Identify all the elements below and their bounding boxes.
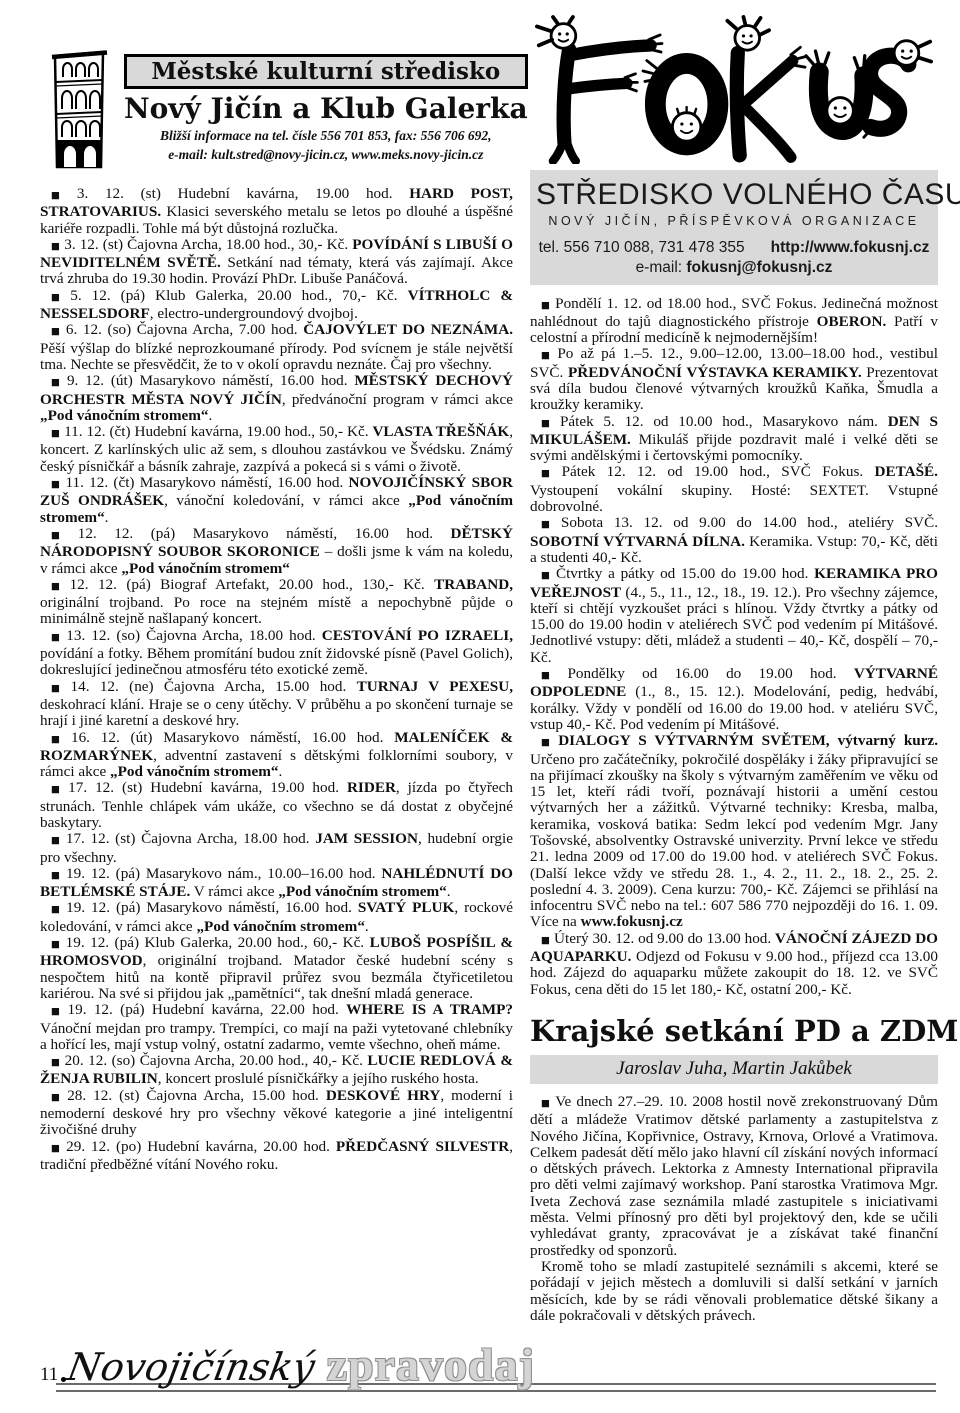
mks-event-item: ■9. 12. (út) Masarykovo náměstí, 16.00 h… <box>40 373 513 424</box>
bullet-square-icon: ■ <box>51 870 62 881</box>
newspaper-page: Městské kulturní středisko Nový Jičín a … <box>0 0 960 1413</box>
bullet-square-icon: ■ <box>541 418 556 429</box>
bullet-square-icon: ■ <box>51 904 62 915</box>
bullet-square-icon: ■ <box>51 326 62 337</box>
footer-brand-script: Novojičínský <box>65 1348 318 1386</box>
svc-event-item: ■Sobota 13. 12. od 9.00 do 14.00 hod., a… <box>530 515 938 566</box>
left-column: Městské kulturní středisko Nový Jičín a … <box>40 48 513 1173</box>
page-number: 11 <box>40 1364 58 1386</box>
bullet-square-icon: ■ <box>51 1092 63 1103</box>
bullet-square-icon: ■ <box>51 1006 64 1017</box>
article-byline: Jaroslav Juha, Martin Jakůbek <box>530 1055 938 1084</box>
bullet-square-icon: ■ <box>51 581 66 592</box>
tower-logo-icon <box>40 48 124 175</box>
mks-event-item: ■12. 12. (pá) Biograf Artefakt, 20.00 ho… <box>40 577 513 628</box>
svc-event-item: ■Pátek 12. 12. od 19.00 hod., SVČ Fokus.… <box>530 464 938 515</box>
bullet-square-icon: ■ <box>51 835 62 846</box>
article-paragraph: Kromě toho se mladí zastupitelé seznámil… <box>530 1259 938 1324</box>
mks-event-item: ■11. 12. (čt) Masarykovo náměstí, 16.00 … <box>40 475 513 526</box>
mks-event-item: ■5. 12. (pá) Klub Galerka, 20.00 hod., 7… <box>40 288 513 323</box>
right-column: STŘEDISKO VOLNÉHO ČASU NOVÝ JIČÍN, PŘÍSP… <box>530 14 938 1324</box>
bullet-square-icon: ■ <box>51 479 61 490</box>
svc-event-item: ■Čtvrtky a pátky od 15.00 do 19.00 hod. … <box>530 566 938 666</box>
mks-event-item: ■20. 12. (so) Čajovna Archa, 20.00 hod.,… <box>40 1053 513 1088</box>
mks-header: Městské kulturní středisko Nový Jičín a … <box>40 48 513 175</box>
bullet-square-icon: ■ <box>51 530 74 541</box>
svc-events-list: ■Pondělí 1. 12. od 18.00 hod., SVČ Fokus… <box>530 296 938 998</box>
mks-titles: Městské kulturní středisko Nový Jičín a … <box>124 48 528 163</box>
mks-event-item: ■13. 12. (so) Čajovna Archa, 18.00 hod. … <box>40 628 513 679</box>
footer-brand-block: zpravodaj <box>327 1344 535 1385</box>
bullet-square-icon: ■ <box>541 519 557 530</box>
svc-event-item: ■Po až pá 1.–5. 12., 9.00–12.00, 13.00–1… <box>530 346 938 413</box>
mks-info-line1: Bližší informace na tel. čísle 556 701 8… <box>124 128 528 144</box>
bullet-square-icon: ■ <box>541 468 558 479</box>
mks-event-item: ■11. 12. (čt) Hudební kavárna, 19.00 hod… <box>40 424 513 475</box>
mks-subtitle: Nový Jičín a Klub Galerka <box>124 92 528 125</box>
mks-event-item: ■19. 12. (pá) Masarykovo nám., 10.00–16.… <box>40 866 513 901</box>
bullet-square-icon: ■ <box>51 190 73 201</box>
bullet-square-icon: ■ <box>51 428 60 439</box>
bullet-square-icon: ■ <box>51 632 62 643</box>
mks-event-item: ■19. 12. (pá) Masarykovo náměstí, 16.00 … <box>40 900 513 935</box>
mks-event-item: ■17. 12. (st) Hudební kavárna, 19.00 hod… <box>40 780 513 831</box>
svc-email-line: e-mail: fokusnj@fokusnj.cz <box>536 259 932 277</box>
mks-event-item: ■16. 12. (út) Masarykovo náměstí, 16.00 … <box>40 730 513 781</box>
mks-event-item: ■19. 12. (pá) Klub Galerka, 20.00 hod., … <box>40 935 513 1002</box>
bullet-square-icon: ■ <box>541 737 554 748</box>
bullet-square-icon: ■ <box>541 350 553 361</box>
bullet-square-icon: ■ <box>541 570 552 581</box>
footer-rule-bottom <box>56 1390 936 1392</box>
mks-event-item: ■17. 12. (st) Čajovna Archa, 18.00 hod. … <box>40 831 513 866</box>
svc-event-item: ■Úterý 30. 12. od 9.00 do 13.00 hod. VÁN… <box>530 931 938 998</box>
mks-event-item: ■12. 12. (pá) Masarykovo náměstí, 16.00 … <box>40 526 513 577</box>
article-krajske-setkani: Krajské setkání PD a ZDM Jaroslav Juha, … <box>530 1014 938 1324</box>
bullet-square-icon: ■ <box>51 784 64 795</box>
bullet-square-icon: ■ <box>51 377 63 388</box>
article-title: Krajské setkání PD a ZDM <box>530 1014 938 1048</box>
bullet-square-icon: ■ <box>51 241 60 252</box>
mks-event-item: ■3. 12. (st) Čajovna Archa, 18.00 hod., … <box>40 237 513 288</box>
svc-contact-line: tel. 556 710 088, 731 478 355http://www.… <box>536 239 932 257</box>
svc-event-item: ■DIALOGY S VÝTVARNÝM SVĚTEM, výtvarný ku… <box>530 733 938 931</box>
mks-event-item: ■6. 12. (so) Čajovna Archa, 7.00 hod. ČA… <box>40 322 513 373</box>
svc-event-item: ■Pondělí 1. 12. od 18.00 hod., SVČ Fokus… <box>530 296 938 347</box>
svc-title: STŘEDISKO VOLNÉHO ČASU <box>536 179 932 211</box>
bullet-square-icon: ■ <box>51 1057 61 1068</box>
mks-event-item: ■28. 12. (st) Čajovna Archa, 15.00 hod. … <box>40 1088 513 1139</box>
svc-phone: tel. 556 710 088, 731 478 355 <box>539 239 745 256</box>
svc-email: fokusnj@fokusnj.cz <box>686 259 832 276</box>
mks-event-item: ■14. 12. (ne) Čajovna Archa, 15.00 hod. … <box>40 679 513 730</box>
mks-events-list: ■3. 12. (st) Hudební kavárna, 19.00 hod.… <box>40 186 513 1173</box>
mks-event-item: ■19. 12. (pá) Hudební kavárna, 22.00 hod… <box>40 1002 513 1053</box>
bullet-square-icon: ■ <box>51 292 66 303</box>
svc-event-item: ■Pátek 5. 12. od 10.00 hod., Masarykovo … <box>530 414 938 465</box>
svc-email-label: e-mail: <box>636 259 687 276</box>
mks-event-item: ■29. 12. (po) Hudební kavárna, 20.00 hod… <box>40 1139 513 1174</box>
page-footer: 11 Novojičínský zpravodaj <box>40 1338 938 1408</box>
bullet-square-icon: ■ <box>51 683 67 694</box>
bullet-square-icon: ■ <box>51 1143 62 1154</box>
article-body: ■Ve dnech 27.–29. 10. 2008 hostil nově z… <box>530 1094 938 1324</box>
svc-event-item: ■Pondělky od 16.00 do 19.00 hod. VÝTVARN… <box>530 666 938 733</box>
svc-website: http://www.fokusnj.cz <box>771 239 930 256</box>
svc-header-box: STŘEDISKO VOLNÉHO ČASU NOVÝ JIČÍN, PŘÍSP… <box>530 170 938 285</box>
mks-title-plaque: Městské kulturní středisko <box>124 54 528 89</box>
mks-info-line2: e-mail: kult.stred@novy-jicin.cz, www.me… <box>124 147 528 163</box>
mks-event-item: ■3. 12. (st) Hudební kavárna, 19.00 hod.… <box>40 186 513 237</box>
bullet-square-icon: ■ <box>541 935 550 946</box>
bullet-square-icon: ■ <box>541 1098 551 1109</box>
article-paragraph: ■Ve dnech 27.–29. 10. 2008 hostil nově z… <box>530 1094 938 1259</box>
fokus-logo <box>530 14 938 164</box>
bullet-square-icon: ■ <box>541 670 563 681</box>
bullet-square-icon: ■ <box>51 939 62 950</box>
footer-brand: 11 Novojičínský zpravodaj <box>40 1344 535 1386</box>
bullet-square-icon: ■ <box>51 734 67 745</box>
bullet-square-icon: ■ <box>541 300 551 311</box>
svc-subtitle: NOVÝ JIČÍN, PŘÍSPĚVKOVÁ ORGANIZACE <box>536 214 932 228</box>
